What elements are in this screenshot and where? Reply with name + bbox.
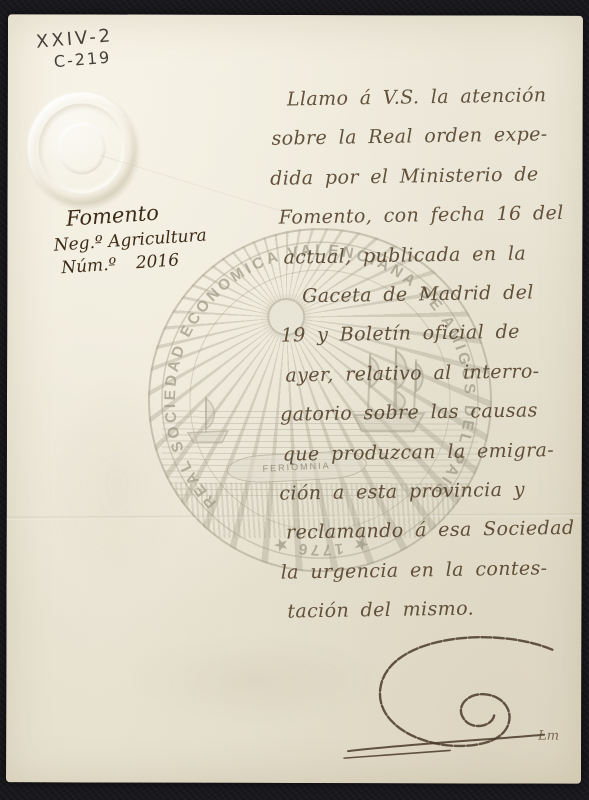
letter-line: gatorio sobre las causas (268, 391, 575, 435)
archival-mark-box-number: C-219 (53, 47, 116, 71)
document-page: XXIV-2 C-219 (6, 14, 583, 784)
letter-line: Fomento, con fecha 16 del (265, 194, 572, 238)
letter-line: ayer, relativo al interro- (267, 352, 574, 396)
embossed-seal (28, 92, 136, 204)
letter-line: sobre la Real orden expe- (263, 115, 570, 159)
letter-line: 19 y Boletín oficial de (266, 312, 573, 356)
letter-line: la urgencia en la contes- (270, 548, 577, 592)
signature-initials: Lm (537, 729, 559, 744)
letter-line: Llamo á V.S. la atención (263, 76, 570, 120)
registry-margin-note: Fomento Neg.º Agricultura Núm.º 2016 (51, 198, 209, 279)
letter-line: ción a esta provincia y (269, 470, 576, 514)
archival-marks: XXIV-2 C-219 (35, 25, 115, 72)
letter-line: que produzcan la emigra- (268, 430, 575, 474)
letter-line: tación del mismo. (271, 588, 578, 632)
scan-background: XXIV-2 C-219 (0, 0, 589, 800)
embossed-seal-center (58, 122, 106, 174)
letter-line: dida por el Ministerio de (264, 155, 571, 199)
show-through-smudge (46, 374, 187, 594)
letter-line: actual, publicada en la (265, 233, 572, 277)
show-through-smudge (126, 635, 386, 726)
letter-line: Gaceta de Madrid del (266, 273, 573, 317)
letter-body: Llamo á V.S. la atención sobre la Real o… (263, 76, 578, 632)
